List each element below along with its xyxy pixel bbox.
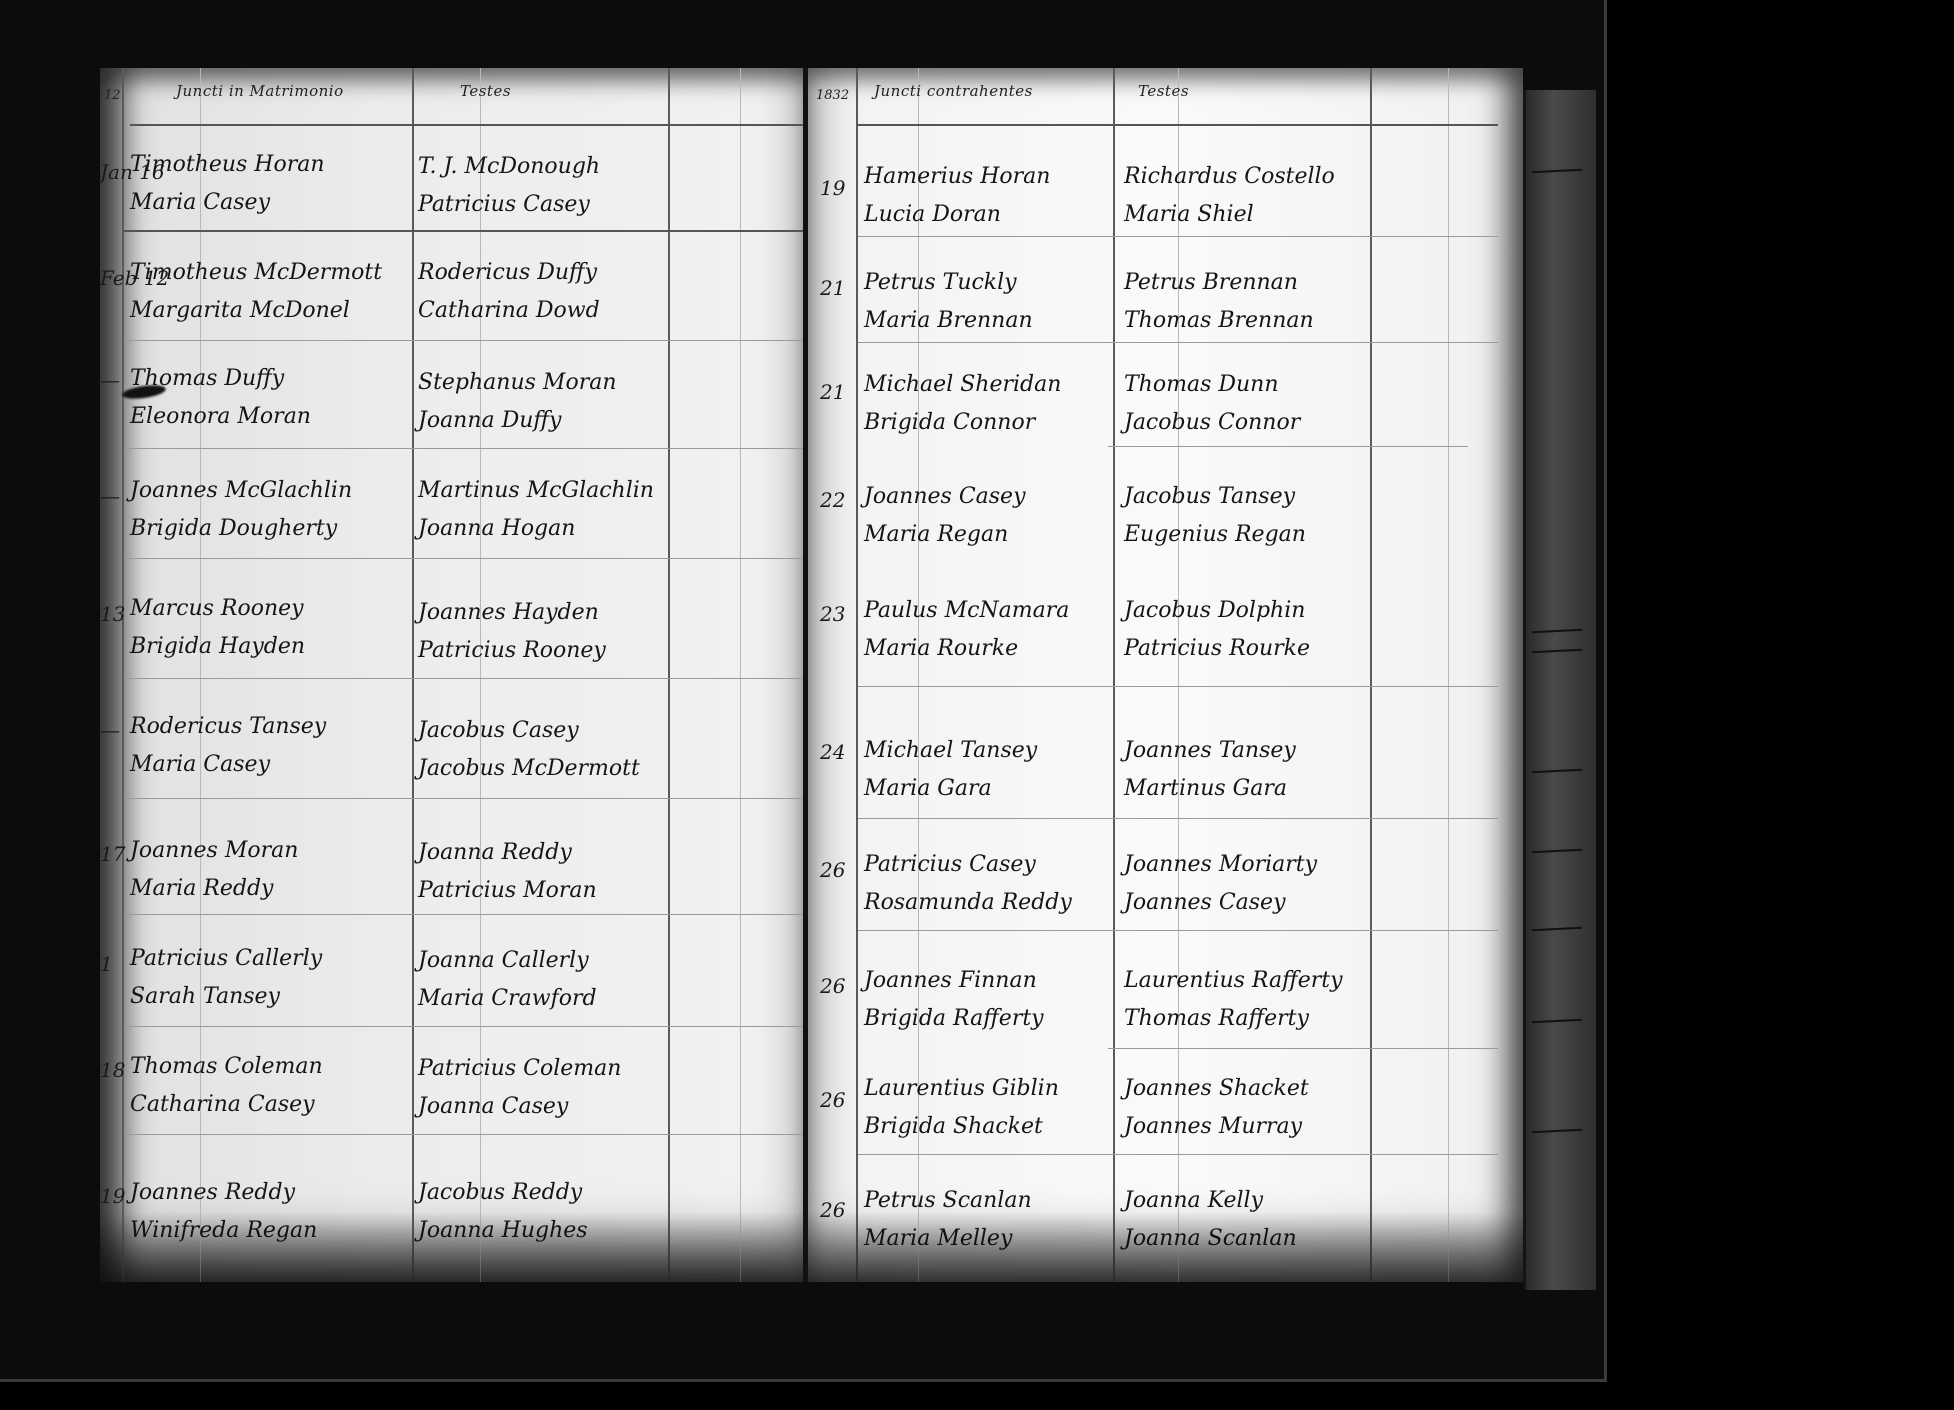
witness-names: Joanna ReddyPatricius Moran (418, 834, 597, 910)
couple-names: Joannes CaseyMaria Regan (864, 478, 1026, 554)
couple-names: Petrus ScanlanMaria Melley (864, 1182, 1032, 1258)
couple-names: Rodericus TanseyMaria Casey (130, 708, 326, 784)
entry-date: — (100, 718, 120, 742)
column-rule (1448, 68, 1449, 1282)
names-column-rule (1113, 68, 1115, 1282)
witness-names: Joanna CallerlyMaria Crawford (418, 942, 597, 1018)
witness-names: Patricius ColemanJoanna Casey (418, 1050, 621, 1126)
image-viewer: 2 12 Juncti in Matrimonio Testes Jan 16 … (0, 0, 1954, 1410)
couple-names: Thomas DuffyEleonora Moran (130, 360, 311, 436)
witness-names: T. J. McDonoughPatricius Casey (418, 148, 600, 224)
witness-names: Jacobus ReddyJoanna Hughes (418, 1174, 588, 1250)
witness-names: Martinus McGlachlinJoanna Hogan (418, 472, 654, 548)
witness-names: Joannes MoriartyJoannes Casey (1124, 846, 1317, 922)
row-rule (858, 818, 1498, 819)
names-column-header: Juncti in Matrimonio (176, 82, 344, 100)
witness-names: Joanna KellyJoanna Scanlan (1124, 1182, 1297, 1258)
couple-names: Michael SheridanBrigida Connor (864, 366, 1061, 442)
date-column-rule (856, 68, 858, 1282)
witness-names: Jacobus CaseyJacobus McDermott (418, 712, 640, 788)
row-rule (1108, 446, 1468, 447)
entry-date: 13 (100, 602, 125, 626)
couple-names: Michael TanseyMaria Gara (864, 732, 1037, 808)
couple-names: Thomas ColemanCatharina Casey (130, 1048, 323, 1124)
witness-names: Richardus CostelloMaria Shiel (1124, 158, 1335, 234)
witness-names: Rodericus DuffyCatharina Dowd (418, 254, 600, 330)
couple-names: Marcus RooneyBrigida Hayden (130, 590, 305, 666)
witnesses-column-header: Testes (460, 82, 511, 100)
couple-names: Petrus TucklyMaria Brennan (864, 264, 1033, 340)
witness-names: Laurentius RaffertyThomas Rafferty (1124, 962, 1343, 1038)
entry-date: 23 (820, 602, 845, 626)
row-rule (124, 1134, 808, 1135)
names-column-rule (412, 68, 414, 1282)
entry-date: 26 (820, 1088, 845, 1112)
row-rule (858, 1154, 1498, 1155)
right-page: 1832 Juncti contrahentes Testes 19 Hamer… (808, 68, 1523, 1282)
witness-names: Joannes ShacketJoannes Murray (1124, 1070, 1309, 1146)
row-rule (124, 230, 808, 232)
entry-date: 26 (820, 1198, 845, 1222)
witness-names: Jacobus TanseyEugenius Regan (1124, 478, 1306, 554)
names-column-header: Juncti contrahentes (874, 82, 1033, 100)
witness-names: Joannes TanseyMartinus Gara (1124, 732, 1296, 808)
entry-date: 21 (820, 380, 845, 404)
header-rule (858, 124, 1498, 126)
row-rule (124, 914, 808, 915)
couple-names: Joannes MoranMaria Reddy (130, 832, 298, 908)
row-rule (858, 686, 1498, 687)
row-rule (858, 342, 1498, 343)
left-page: 2 12 Juncti in Matrimonio Testes Jan 16 … (100, 68, 808, 1282)
row-rule (124, 340, 808, 341)
couple-names: Laurentius GiblinBrigida Shacket (864, 1070, 1059, 1146)
entry-date: 1 (100, 952, 113, 976)
entry-date: 19 (100, 1184, 125, 1208)
witness-names: Jacobus DolphinPatricius Rourke (1124, 592, 1310, 668)
entry-date: 17 (100, 842, 125, 866)
scanned-register-image: 2 12 Juncti in Matrimonio Testes Jan 16 … (0, 0, 1607, 1382)
witnesses-column-header: Testes (1138, 82, 1189, 100)
row-rule (124, 678, 808, 679)
row-rule (858, 236, 1498, 237)
next-page-edge (1523, 90, 1596, 1290)
witness-names: Thomas DunnJacobus Connor (1124, 366, 1300, 442)
entry-date: 22 (820, 488, 845, 512)
couple-names: Patricius CallerlySarah Tansey (130, 940, 322, 1016)
row-rule (858, 930, 1498, 931)
corner-mark: 2 (102, 72, 110, 87)
row-rule (124, 1026, 808, 1027)
couple-names: Joannes McGlachlinBrigida Dougherty (130, 472, 352, 548)
row-rule (1108, 1048, 1498, 1049)
row-rule (124, 448, 808, 449)
year-header: 1832 (816, 88, 849, 103)
witness-names: Stephanus MoranJoanna Duffy (418, 364, 617, 440)
couple-names: Hamerius HoranLucia Doran (864, 158, 1050, 234)
couple-names: Timotheus McDermottMargarita McDonel (130, 254, 382, 330)
column-rule (740, 68, 741, 1282)
header-rule (130, 124, 808, 126)
row-rule (124, 798, 808, 799)
entry-date: 26 (820, 974, 845, 998)
couple-names: Patricius CaseyRosamunda Reddy (864, 846, 1072, 922)
date-column-header: 12 (104, 88, 121, 103)
entry-date: — (100, 484, 120, 508)
entry-date: 19 (820, 176, 845, 200)
date-column-rule (122, 68, 124, 1282)
witness-names: Petrus BrennanThomas Brennan (1124, 264, 1314, 340)
witnesses-column-rule (1370, 68, 1372, 1282)
witness-names: Joannes HaydenPatricius Rooney (418, 594, 606, 670)
entry-date: 26 (820, 858, 845, 882)
entry-date: 24 (820, 740, 845, 764)
entry-date: 21 (820, 276, 845, 300)
witnesses-column-rule (668, 68, 670, 1282)
entry-date: — (100, 368, 120, 392)
entry-date: 18 (100, 1058, 125, 1082)
couple-names: Joannes FinnanBrigida Rafferty (864, 962, 1044, 1038)
couple-names: Timotheus HoranMaria Casey (130, 146, 325, 222)
couple-names: Joannes ReddyWinifreda Regan (130, 1174, 317, 1250)
row-rule (124, 558, 808, 559)
couple-names: Paulus McNamaraMaria Rourke (864, 592, 1069, 668)
